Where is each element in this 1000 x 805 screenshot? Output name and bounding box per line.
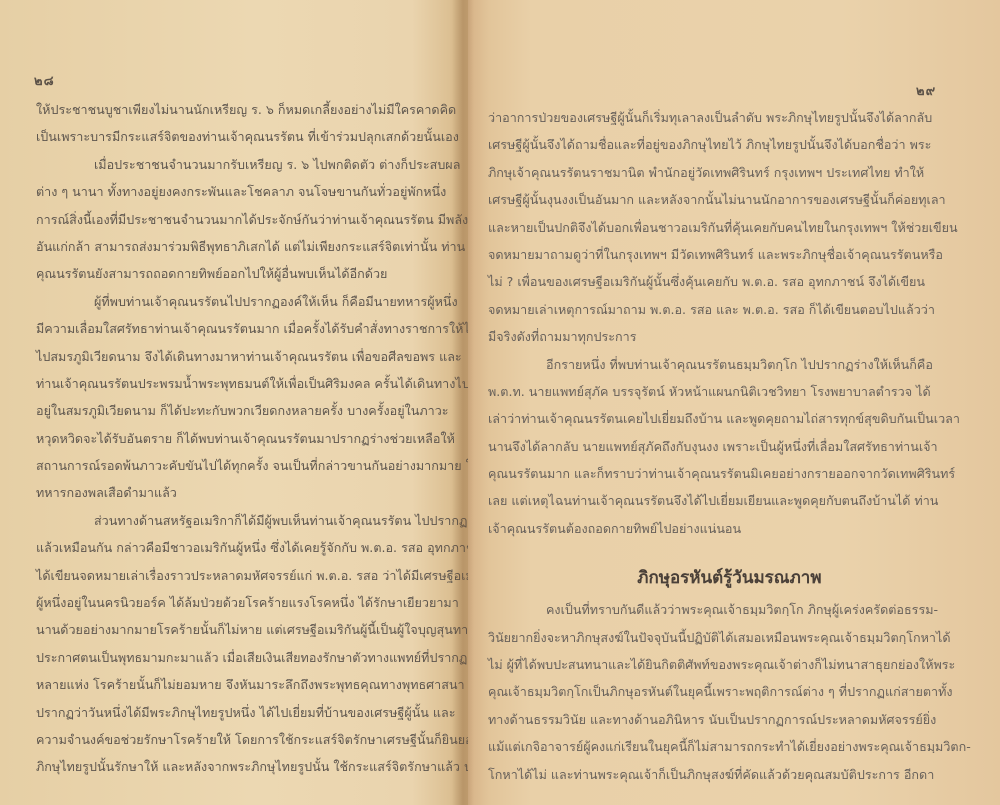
text-line: เป็นเพราะบารมีกระแสร์จิตของท่านเจ้าคุณนร…	[36, 123, 468, 150]
text-line: เมื่อประชาชนจำนวนมากรับเหรียญ ร. ๖ ไปพกต…	[36, 151, 468, 178]
right-page: ๒๙ ว่าอาการป่วยของเศรษฐีผู้นั้นก็เริ่มทุ…	[468, 0, 1000, 805]
text-line: การณ์สิ่งนี้เองที่มีประชาชนจำนวนมากได้ปร…	[36, 206, 468, 233]
text-line: วินัยยากยิ่งจะหาภิกษุสงฆ์ในปัจจุบันนี้ปฏ…	[488, 624, 971, 651]
text-line: เล่าว่าท่านเจ้าคุณนรรัตนเคยไปเยี่ยมถึงบ้…	[488, 405, 971, 432]
text-line: ปรากฏว่าวันหนึ่งได้มีพระภิกษุไทยรูปหนึ่ง…	[36, 699, 468, 726]
text-line: ไม่ ? เพื่อนของเศรษฐีอเมริกันผู้นั้นซึ่ง…	[488, 268, 971, 295]
text-line: จดหมายเล่าเหตุการณ์มาถาม พ.ต.อ. รสอ และ …	[488, 296, 971, 323]
text-line: เลย แต่เหตุไฉนท่านเจ้าคุณนรรัตนจึงได้ไปเ…	[488, 487, 971, 514]
text-line: หวุดหวิดจะได้รับอันตราย ก็ได้พบท่านเจ้าค…	[36, 425, 468, 452]
text-line: โกหาได้ไม่ และท่านพระคุณเจ้าก็เป็นภิกษุส…	[488, 761, 971, 788]
text-line: เศรษฐีผู้นั้นงุนงงเป็นอันมาก และหลังจากน…	[488, 186, 971, 213]
section-paragraphs: คงเป็นที่ทราบกันดีแล้วว่าพระคุณเจ้าธมฺมว…	[488, 596, 971, 788]
text-line: จดหมายมาถามดูว่าที่ในกรุงเทพฯ มีวัดเทพศิ…	[488, 241, 971, 268]
text-line: ไปสมรภูมิเวียดนาม จึงได้เดินทางมาหาท่านเ…	[36, 343, 468, 370]
text-line: อยู่ในสมรภูมิเวียดนาม ก็ได้ปะทะกับพวกเวี…	[36, 397, 468, 424]
text-line: พ.ต.ท. นายแพทย์สุภัค บรรจุรัตน์ หัวหน้าแ…	[488, 378, 971, 405]
text-line: ผู้หนึ่งอยู่ในนครนิวยอร์ค ได้ล้มป่วยด้วย…	[36, 589, 468, 616]
text-line: เศรษฐีผู้นั้นจึงได้ถามชื่อและที่อยู่ของภ…	[488, 131, 971, 158]
text-line: คุณนรรัตนมาก และก็ทราบว่าท่านเจ้าคุณนรรั…	[488, 460, 971, 487]
text-line: คงเป็นที่ทราบกันดีแล้วว่าพระคุณเจ้าธมฺมว…	[488, 596, 971, 623]
text-line: เจ้าคุณนรรัตนต้องถอดกายทิพย์ไปอย่างแน่นอ…	[488, 515, 971, 542]
left-page-number: ๒๘	[34, 70, 55, 91]
text-line: ทางด้านธรรมวินัย และทางด้านอภินิหาร นับเ…	[488, 706, 971, 733]
text-line: แล้วเหมือนกัน กล่าวคือมีชาวอเมริกันผู้หน…	[36, 534, 468, 561]
left-page-body: ให้ประชาชนบูชาเพียงไม่นานนักเหรียญ ร. ๖ …	[36, 96, 468, 781]
text-line: ความจำนงค์ขอช่วยรักษาโรคร้ายให้ โดยการใช…	[36, 726, 468, 753]
book-gutter	[452, 0, 474, 805]
text-line: ภิกษุไทยรูปนั้นรักษาให้ และหลังจากพระภิก…	[36, 753, 468, 780]
text-line: มีจริงดังที่ถามมาทุกประการ	[488, 323, 971, 350]
text-line: นานจึงได้ลากลับ นายแพทย์สุภัคถึงกับงุนงง…	[488, 433, 971, 460]
text-line: อันแก่กล้า สามารถส่งมาร่วมพิธีพุทธาภิเสก…	[36, 233, 468, 260]
text-line: หลายแห่ง โรคร้ายนั้นก็ไม่ยอมหาย จึงหันมา…	[36, 671, 468, 698]
text-line: อีกรายหนึ่ง ที่พบท่านเจ้าคุณนรรัตนธมฺมวิ…	[488, 351, 971, 378]
text-line: ส่วนทางด้านสหรัฐอเมริกาก็ได้มีผู้พบเห็นท…	[36, 507, 468, 534]
text-line: คุณนรรัตนยังสามารถถอดกายทิพย์ออกไปให้ผู้…	[36, 260, 468, 287]
text-line: สถานการณ์รอดพ้นภาวะคับขันไปได้ทุกครั้ง จ…	[36, 452, 468, 479]
right-page-paragraphs: ว่าอาการป่วยของเศรษฐีผู้นั้นก็เริ่มทุเลา…	[488, 104, 971, 542]
text-line: ให้ประชาชนบูชาเพียงไม่นานนักเหรียญ ร. ๖ …	[36, 96, 468, 123]
section-heading: ภิกษุอรหันต์รู้วันมรณภาพ	[488, 560, 971, 596]
text-line: ได้เขียนจดหมายเล่าเรื่องราวประหลาดมหัศจร…	[36, 562, 468, 589]
text-line: นานด้วยอย่างมากมายโรคร้ายนั้นก็ไม่หาย แต…	[36, 616, 468, 643]
text-line: ผู้ที่พบท่านเจ้าคุณนรรัตนไปปรากฏองค์ให้เ…	[36, 288, 468, 315]
text-line: ไม่ ผู้ที่ได้พบปะสนทนาและได้ยินกิตติศัพท…	[488, 651, 971, 678]
text-line: แม้แต่เกจิอาจารย์ผู้คงแก่เรียนในยุคนี้ก็…	[488, 733, 971, 760]
text-line: คุณเจ้าธมฺมวิตกฺโกเป็นภิกษุอรหันต์ในยุคน…	[488, 678, 971, 705]
text-line: ประกาศตนเป็นพุทธมามกะมาแล้ว เมื่อเสียเงิ…	[36, 644, 468, 671]
text-line: และหายเป็นปกติจึงได้บอกเพื่อนชาวอเมริกัน…	[488, 214, 971, 241]
left-page: ๒๘ ให้ประชาชนบูชาเพียงไม่นานนักเหรียญ ร.…	[0, 0, 468, 805]
text-line: ว่าอาการป่วยของเศรษฐีผู้นั้นก็เริ่มทุเลา…	[488, 104, 971, 131]
text-line: ท่านเจ้าคุณนรรัตนประพรมน้ำพระพุทธมนต์ให้…	[36, 370, 468, 397]
right-page-body: ว่าอาการป่วยของเศรษฐีผู้นั้นก็เริ่มทุเลา…	[488, 104, 971, 788]
text-line: ต่าง ๆ นานา ทั้งทางอยู่ยงคงกระพันและโชคล…	[36, 178, 468, 205]
text-line: ทหารกองพลเสือดำมาแล้ว	[36, 479, 468, 506]
text-line: ภิกษุเจ้าคุณนรรัตนราชมานิต พำนักอยู่วัดเ…	[488, 159, 971, 186]
text-line: มีความเลื่อมใสศรัทธาท่านเจ้าคุณนรรัตนมาก…	[36, 315, 468, 342]
right-page-number: ๒๙	[916, 80, 936, 101]
